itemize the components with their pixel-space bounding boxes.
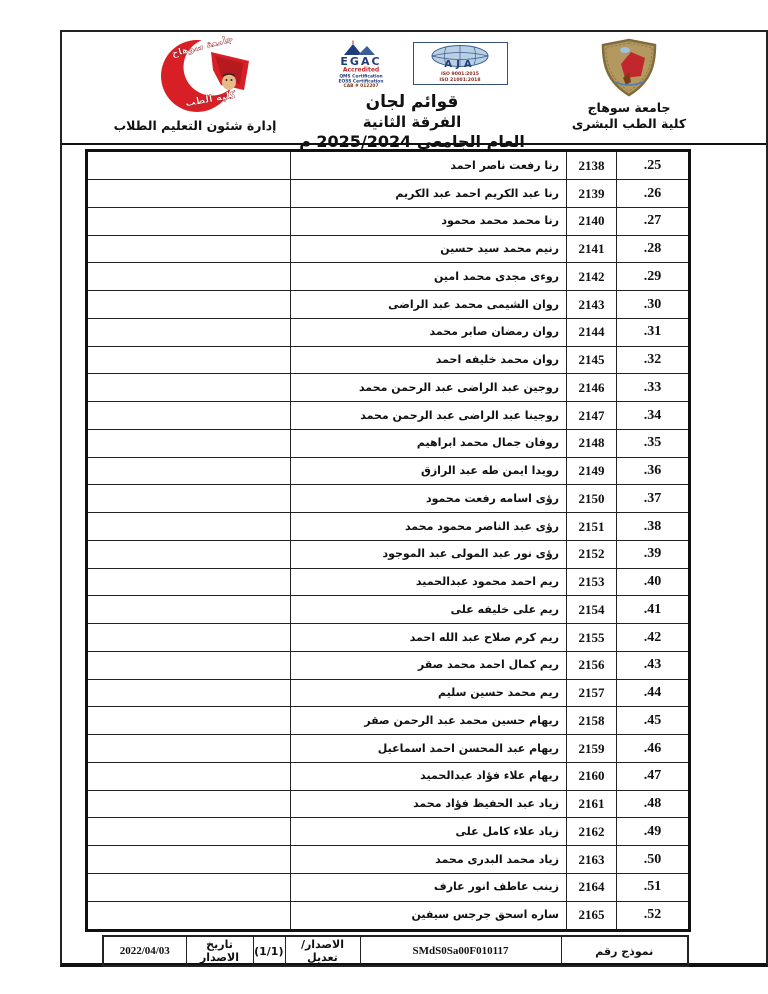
row-seat-id-cell: 2140: [567, 207, 617, 235]
row-student-name-cell: زينب عاطف انور عارف: [291, 873, 567, 901]
row-blank-cell: [87, 707, 291, 735]
row-number-cell: .27: [617, 207, 690, 235]
row-number-cell: .26: [617, 180, 690, 208]
table-row: .44 2157 ريم محمد حسين سليم: [87, 679, 690, 707]
row-number-cell: .49: [617, 818, 690, 846]
row-number-cell: .52: [617, 901, 690, 930]
form-info-footer: نموذج رقم SMdS0Sa00F010117 الاصدار/تعديل…: [102, 935, 689, 967]
row-number-cell: .46: [617, 735, 690, 763]
table-row: .28 2141 رنيم محمد سيد حسين: [87, 235, 690, 263]
row-seat-id-cell: 2155: [567, 624, 617, 652]
page-frame: جامعة سوهاج كلية الطب البشرى EGAC Accred…: [60, 30, 768, 967]
row-blank-cell: [87, 846, 291, 874]
row-number-cell: .25: [617, 151, 690, 180]
issue-revision-value: (1/1): [253, 936, 285, 966]
issue-revision-label: الاصدار/تعديل: [285, 936, 360, 966]
row-number-cell: .43: [617, 651, 690, 679]
svg-text:CAB # 012207: CAB # 012207: [343, 83, 378, 88]
row-seat-id-cell: 2156: [567, 651, 617, 679]
row-seat-id-cell: 2147: [567, 402, 617, 430]
table-row: .45 2158 ريهام حسين محمد عبد الرحمن صقر: [87, 707, 690, 735]
row-number-cell: .45: [617, 707, 690, 735]
table-row: .33 2146 روجين عبد الراضى عبد الرحمن محم…: [87, 374, 690, 402]
table-row: .30 2143 روان الشيمى محمد عبد الراضى: [87, 291, 690, 319]
row-blank-cell: [87, 624, 291, 652]
university-name: جامعة سوهاج: [554, 100, 704, 116]
row-blank-cell: [87, 346, 291, 374]
row-student-name-cell: روان محمد خليفه احمد: [291, 346, 567, 374]
table-row: .31 2144 روان رمضان صابر محمد: [87, 318, 690, 346]
row-student-name-cell: روان رمضان صابر محمد: [291, 318, 567, 346]
row-number-cell: .47: [617, 762, 690, 790]
row-student-name-cell: زياد علاء كامل على: [291, 818, 567, 846]
svg-text:AJA: AJA: [444, 59, 475, 70]
row-student-name-cell: روءى مجدى محمد امين: [291, 263, 567, 291]
document-title: قوائم لجان: [290, 92, 534, 112]
row-student-name-cell: رويدا ايمن طه عبد الرازق: [291, 457, 567, 485]
row-seat-id-cell: 2162: [567, 818, 617, 846]
row-student-name-cell: رؤى عبد الناصر محمود محمد: [291, 513, 567, 541]
row-blank-cell: [87, 429, 291, 457]
row-number-cell: .48: [617, 790, 690, 818]
row-seat-id-cell: 2157: [567, 679, 617, 707]
table-row: .41 2154 ريم على خليفه على: [87, 596, 690, 624]
accreditation-logos: EGAC Accredited QMS Certification EOSS C…: [290, 40, 534, 90]
row-seat-id-cell: 2145: [567, 346, 617, 374]
table-row: .46 2159 ريهام عبد المحسن احمد اسماعيل: [87, 735, 690, 763]
egac-accreditation-icon: EGAC Accredited QMS Certification EOSS C…: [316, 40, 406, 88]
row-seat-id-cell: 2163: [567, 846, 617, 874]
row-blank-cell: [87, 402, 291, 430]
row-student-name-cell: ريهام عبد المحسن احمد اسماعيل: [291, 735, 567, 763]
table-row: .52 2165 ساره اسحق جرجس سيفين: [87, 901, 690, 930]
table-row: .26 2139 رنا عبد الكريم احمد عبد الكريم: [87, 180, 690, 208]
faculty-crescent-icon: جامعة سوهاج كلية الطب: [90, 36, 300, 116]
title-block: EGAC Accredited QMS Certification EOSS C…: [290, 40, 534, 151]
row-student-name-cell: روجين عبد الراضى عبد الرحمن محمد: [291, 374, 567, 402]
row-number-cell: .31: [617, 318, 690, 346]
row-student-name-cell: روجينا عبد الراضى عبد الرحمن محمد: [291, 402, 567, 430]
row-number-cell: .35: [617, 429, 690, 457]
row-student-name-cell: زياد عبد الحفيظ فؤاد محمد: [291, 790, 567, 818]
row-number-cell: .30: [617, 291, 690, 319]
row-blank-cell: [87, 151, 291, 180]
row-blank-cell: [87, 180, 291, 208]
table-row: .38 2151 رؤى عبد الناصر محمود محمد: [87, 513, 690, 541]
table-row: .32 2145 روان محمد خليفه احمد: [87, 346, 690, 374]
row-seat-id-cell: 2152: [567, 540, 617, 568]
row-number-cell: .36: [617, 457, 690, 485]
department-name: إدارة شئون التعليم الطلاب: [90, 118, 300, 133]
row-seat-id-cell: 2154: [567, 596, 617, 624]
row-number-cell: .51: [617, 873, 690, 901]
form-number-label: نموذج رقم: [561, 936, 688, 966]
table-row: .42 2155 ريم كرم صلاح عبد الله احمد: [87, 624, 690, 652]
row-student-name-cell: روفان جمال محمد ابراهيم: [291, 429, 567, 457]
row-blank-cell: [87, 596, 291, 624]
row-number-cell: .44: [617, 679, 690, 707]
row-blank-cell: [87, 235, 291, 263]
students-committee-table: .25 2138 رنا رفعت ناصر احمد .26 2139 رنا…: [85, 149, 691, 932]
row-student-name-cell: روان الشيمى محمد عبد الراضى: [291, 291, 567, 319]
table-row: .39 2152 رؤى نور عبد المولى عبد الموجود: [87, 540, 690, 568]
row-student-name-cell: رؤى اسامه رفعت محمود: [291, 485, 567, 513]
row-blank-cell: [87, 901, 291, 930]
table-row: .40 2153 ريم احمد محمود عبدالحميد: [87, 568, 690, 596]
row-blank-cell: [87, 762, 291, 790]
row-blank-cell: [87, 457, 291, 485]
row-seat-id-cell: 2158: [567, 707, 617, 735]
issue-date-value: 2022/04/03: [103, 936, 186, 966]
row-seat-id-cell: 2142: [567, 263, 617, 291]
row-number-cell: .37: [617, 485, 690, 513]
table-row: .48 2161 زياد عبد الحفيظ فؤاد محمد: [87, 790, 690, 818]
row-student-name-cell: رنا رفعت ناصر احمد: [291, 151, 567, 180]
row-blank-cell: [87, 291, 291, 319]
row-seat-id-cell: 2148: [567, 429, 617, 457]
table-row: .34 2147 روجينا عبد الراضى عبد الرحمن مح…: [87, 402, 690, 430]
row-seat-id-cell: 2150: [567, 485, 617, 513]
row-seat-id-cell: 2144: [567, 318, 617, 346]
row-blank-cell: [87, 374, 291, 402]
issue-date-label: تاريخ الاصدار: [186, 936, 253, 966]
table-row: .35 2148 روفان جمال محمد ابراهيم: [87, 429, 690, 457]
row-student-name-cell: ريم على خليفه على: [291, 596, 567, 624]
row-blank-cell: [87, 679, 291, 707]
row-number-cell: .50: [617, 846, 690, 874]
row-seat-id-cell: 2153: [567, 568, 617, 596]
table-row: .36 2149 رويدا ايمن طه عبد الرازق: [87, 457, 690, 485]
row-blank-cell: [87, 873, 291, 901]
row-student-name-cell: ريم كمال احمد محمد صقر: [291, 651, 567, 679]
row-seat-id-cell: 2161: [567, 790, 617, 818]
row-blank-cell: [87, 790, 291, 818]
department-block: جامعة سوهاج كلية الطب إدارة شئون التعليم…: [90, 36, 300, 133]
row-seat-id-cell: 2151: [567, 513, 617, 541]
row-seat-id-cell: 2143: [567, 291, 617, 319]
row-seat-id-cell: 2159: [567, 735, 617, 763]
row-seat-id-cell: 2165: [567, 901, 617, 930]
row-student-name-cell: ريم محمد حسين سليم: [291, 679, 567, 707]
document-header: جامعة سوهاج كلية الطب البشرى EGAC Accred…: [62, 32, 766, 145]
svg-text:ISO 9001:2015: ISO 9001:2015: [441, 71, 479, 77]
row-number-cell: .29: [617, 263, 690, 291]
row-student-name-cell: رنيم محمد سيد حسين: [291, 235, 567, 263]
row-blank-cell: [87, 263, 291, 291]
row-blank-cell: [87, 207, 291, 235]
faculty-name: كلية الطب البشرى: [554, 116, 704, 132]
row-student-name-cell: ريهام حسين محمد عبد الرحمن صقر: [291, 707, 567, 735]
row-student-name-cell: زياد محمد البدرى محمد: [291, 846, 567, 874]
row-number-cell: .32: [617, 346, 690, 374]
table-row: .49 2162 زياد علاء كامل على: [87, 818, 690, 846]
row-blank-cell: [87, 540, 291, 568]
row-blank-cell: [87, 818, 291, 846]
document-page: جامعة سوهاج كلية الطب البشرى EGAC Accred…: [0, 0, 768, 994]
row-student-name-cell: ساره اسحق جرجس سيفين: [291, 901, 567, 930]
row-student-name-cell: رنا محمد محمد محمود: [291, 207, 567, 235]
row-number-cell: .41: [617, 596, 690, 624]
row-student-name-cell: ريهام علاء فؤاد عبدالحميد: [291, 762, 567, 790]
row-blank-cell: [87, 651, 291, 679]
table-row: .27 2140 رنا محمد محمد محمود: [87, 207, 690, 235]
svg-text:ISO 21001:2018: ISO 21001:2018: [439, 77, 480, 83]
row-seat-id-cell: 2141: [567, 235, 617, 263]
row-seat-id-cell: 2160: [567, 762, 617, 790]
table-row: .51 2164 زينب عاطف انور عارف: [87, 873, 690, 901]
university-block: جامعة سوهاج كلية الطب البشرى: [554, 38, 704, 133]
form-code-value: SMdS0Sa00F010117: [360, 936, 561, 966]
sohag-university-shield-icon: [554, 38, 704, 100]
row-number-cell: .40: [617, 568, 690, 596]
row-number-cell: .34: [617, 402, 690, 430]
row-seat-id-cell: 2138: [567, 151, 617, 180]
row-number-cell: .38: [617, 513, 690, 541]
table-row: .29 2142 روءى مجدى محمد امين: [87, 263, 690, 291]
students-table-body: .25 2138 رنا رفعت ناصر احمد .26 2139 رنا…: [87, 151, 690, 931]
table-row: .37 2150 رؤى اسامه رفعت محمود: [87, 485, 690, 513]
aja-iso-certification-icon: AJA ISO 9001:2015 ISO 21001:2018: [413, 42, 508, 85]
row-seat-id-cell: 2164: [567, 873, 617, 901]
row-number-cell: .39: [617, 540, 690, 568]
table-row: .25 2138 رنا رفعت ناصر احمد: [87, 151, 690, 180]
row-seat-id-cell: 2146: [567, 374, 617, 402]
row-blank-cell: [87, 318, 291, 346]
row-student-name-cell: ريم كرم صلاح عبد الله احمد: [291, 624, 567, 652]
row-blank-cell: [87, 485, 291, 513]
row-number-cell: .33: [617, 374, 690, 402]
row-seat-id-cell: 2139: [567, 180, 617, 208]
row-student-name-cell: رؤى نور عبد المولى عبد الموجود: [291, 540, 567, 568]
grade-subtitle: الفرقة الثانية: [290, 113, 534, 131]
row-student-name-cell: ريم احمد محمود عبدالحميد: [291, 568, 567, 596]
row-blank-cell: [87, 568, 291, 596]
row-number-cell: .42: [617, 624, 690, 652]
row-blank-cell: [87, 513, 291, 541]
footer-row: نموذج رقم SMdS0Sa00F010117 الاصدار/تعديل…: [103, 936, 688, 966]
row-seat-id-cell: 2149: [567, 457, 617, 485]
row-number-cell: .28: [617, 235, 690, 263]
svg-text:Accredited: Accredited: [343, 67, 379, 74]
row-student-name-cell: رنا عبد الكريم احمد عبد الكريم: [291, 180, 567, 208]
table-row: .50 2163 زياد محمد البدرى محمد: [87, 846, 690, 874]
row-blank-cell: [87, 735, 291, 763]
table-row: .43 2156 ريم كمال احمد محمد صقر: [87, 651, 690, 679]
table-row: .47 2160 ريهام علاء فؤاد عبدالحميد: [87, 762, 690, 790]
